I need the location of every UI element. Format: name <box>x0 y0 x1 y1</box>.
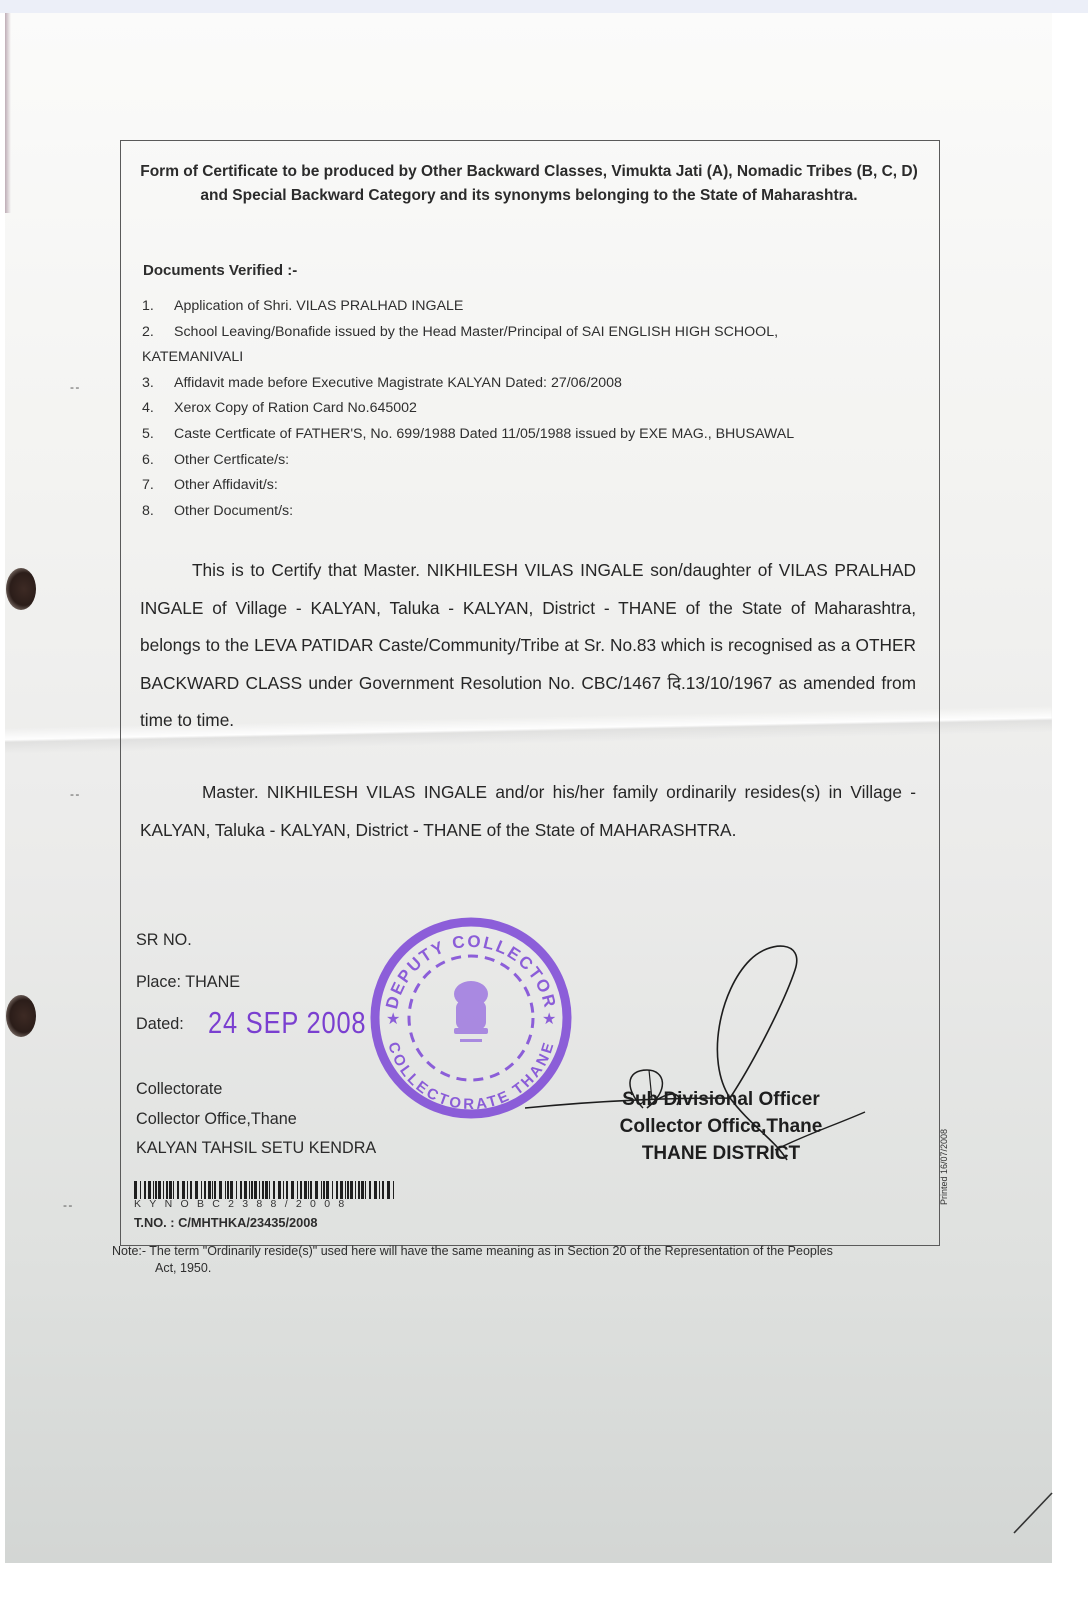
officer-district: THANE DISTRICT <box>596 1140 846 1167</box>
document-text: Other Document/s: <box>174 503 293 519</box>
document-item: 5.Caste Certficate of FATHER'S, No. 699/… <box>142 422 902 448</box>
office-line: Collector Office,Thane <box>136 1110 297 1129</box>
documents-verified-heading: Documents Verified :- <box>143 262 297 279</box>
document-item: 8.Other Document/s: <box>142 499 902 525</box>
footnote: Note:- The term "Ordinarily reside(s)" u… <box>112 1243 952 1277</box>
document-text-continuation: KATEMANIVALI <box>142 345 902 371</box>
pen-mark <box>1012 1485 1057 1535</box>
date-stamp: 24 SEP 2008 <box>208 1005 366 1041</box>
document-number: 6. <box>142 448 174 474</box>
residence-text: Master. NIKHILESH VILAS INGALE and/or hi… <box>140 774 916 849</box>
punch-hole <box>6 995 36 1037</box>
document-text: Other Affidavit/s: <box>174 477 278 493</box>
margin-mark: - - <box>70 787 78 801</box>
residence-paragraph: Master. NIKHILESH VILAS INGALE and/or hi… <box>140 774 916 849</box>
document-number: 1. <box>142 294 174 320</box>
document-text: Other Certficate/s: <box>174 452 289 468</box>
document-item: 4.Xerox Copy of Ration Card No.645002 <box>142 396 902 422</box>
barcode-text: KYNOBC2388/2008 <box>134 1198 352 1210</box>
dated-label: Dated: <box>136 1015 184 1034</box>
officer-title: Sub Divisional Officer <box>596 1086 846 1113</box>
bottom-margin <box>0 1563 1088 1598</box>
document-number: 4. <box>142 396 174 422</box>
office-line: KALYAN TAHSIL SETU KENDRA <box>136 1139 376 1158</box>
officer-office: Collector Office,Thane <box>596 1113 846 1140</box>
margin-mark: - - <box>70 380 78 394</box>
certify-text: This is to Certify that Master. NIKHILES… <box>140 552 916 740</box>
document-text: School Leaving/Bonafide issued by the He… <box>174 324 778 340</box>
barcode <box>134 1181 396 1199</box>
svg-text:★: ★ <box>386 1011 400 1028</box>
office-line: Collectorate <box>136 1080 222 1099</box>
token-number: T.NO. : C/MHTHKA/23435/2008 <box>134 1215 317 1230</box>
place-label: Place: THANE <box>136 973 240 992</box>
document-item: 1.Application of Shri. VILAS PRALHAD ING… <box>142 294 902 320</box>
margin-mark: - - <box>63 1198 71 1212</box>
emblem-icon <box>454 981 488 1042</box>
document-number: 8. <box>142 499 174 525</box>
documents-verified-list: 1.Application of Shri. VILAS PRALHAD ING… <box>142 294 902 524</box>
printed-date-vertical: Printed 16/07/2008 <box>939 1129 949 1205</box>
document-number: 5. <box>142 422 174 448</box>
sr-no-label: SR NO. <box>136 931 192 950</box>
document-item: 6.Other Certficate/s: <box>142 448 902 474</box>
document-text: Application of Shri. VILAS PRALHAD INGAL… <box>174 298 463 314</box>
document-item: 3.Affidavit made before Executive Magist… <box>142 371 902 397</box>
document-text: Caste Certficate of FATHER'S, No. 699/19… <box>174 426 794 442</box>
document-number: 2. <box>142 320 174 346</box>
certificate-title: Form of Certificate to be produced by Ot… <box>138 160 920 208</box>
footnote-line: Note:- The term "Ordinarily reside(s)" u… <box>112 1243 952 1260</box>
document-number: 3. <box>142 371 174 397</box>
top-bar <box>0 0 1088 13</box>
signing-officer: Sub Divisional Officer Collector Office,… <box>596 1086 846 1167</box>
document-text: Xerox Copy of Ration Card No.645002 <box>174 400 417 416</box>
certify-paragraph: This is to Certify that Master. NIKHILES… <box>140 552 916 740</box>
paper-edge <box>5 13 11 213</box>
footnote-line: Act, 1950. <box>112 1260 952 1277</box>
document-text: Affidavit made before Executive Magistra… <box>174 375 622 391</box>
document-item: 7.Other Affidavit/s: <box>142 473 902 499</box>
document-item: 2.School Leaving/Bonafide issued by the … <box>142 320 902 346</box>
document-number: 7. <box>142 473 174 499</box>
punch-hole <box>6 568 36 610</box>
